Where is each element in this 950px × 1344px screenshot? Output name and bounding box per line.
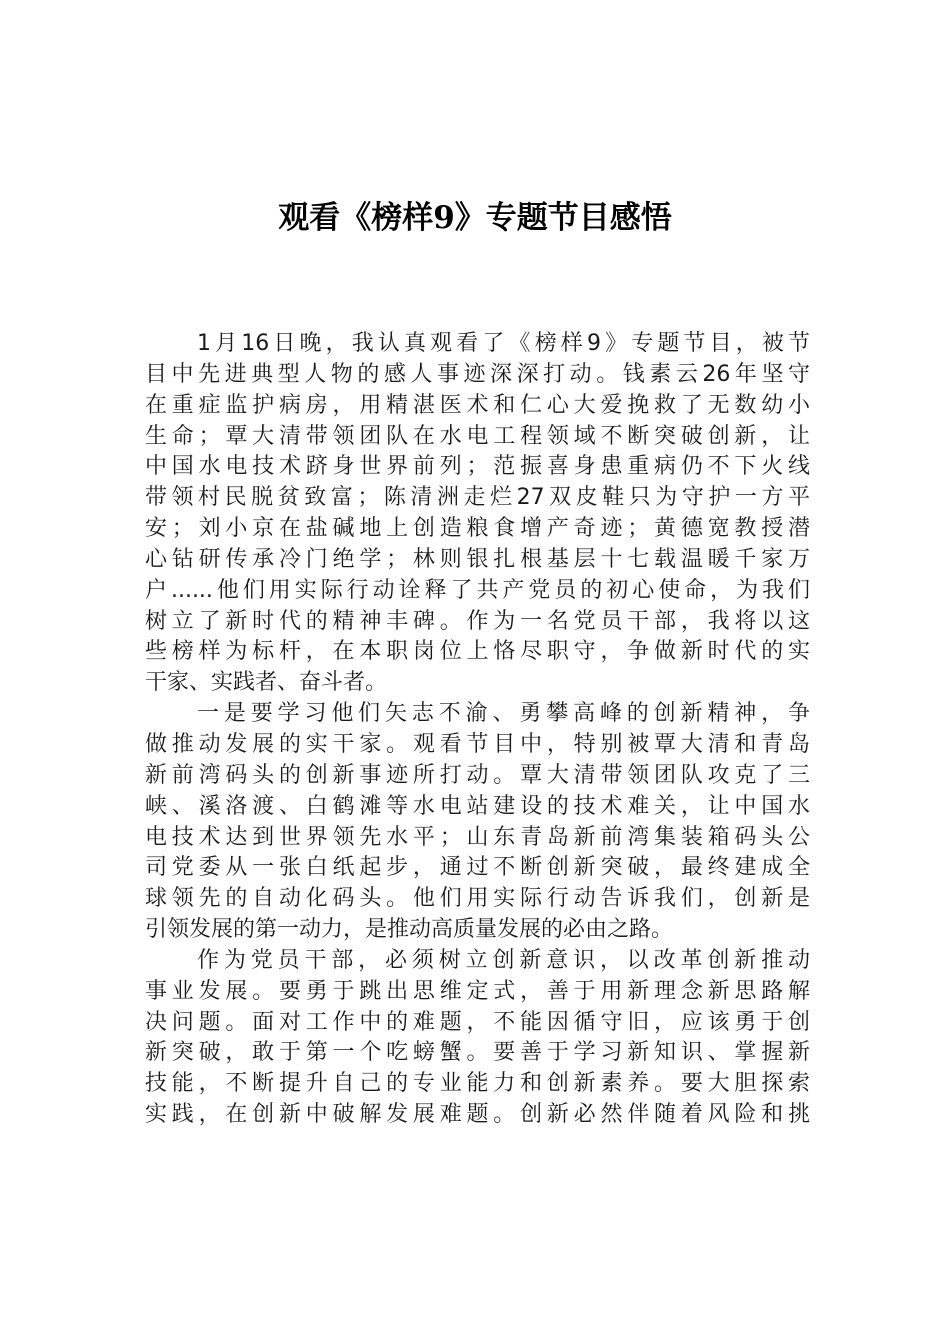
text-line: 作为党员干部，必须树立创新意识，以改革创新推动	[145, 946, 810, 977]
paragraph-3: 作为党员干部，必须树立创新意识，以改革创新推动 事业发展。要勇于跳出思维定式，善…	[145, 946, 810, 1131]
text-line: 新突破，敢于第一个吃螃蟹。要善于学习新知识、掌握新	[145, 1038, 810, 1069]
text-line: 事业发展。要勇于跳出思维定式，善于用新理念新思路解	[145, 977, 810, 1008]
text-line: 树立了新时代的精神丰碑。作为一名党员干部，我将以这	[145, 607, 810, 638]
text-line: 生命；覃大清带领团队在水电工程领域不断突破创新，让	[145, 422, 810, 453]
text-line: 安；刘小京在盐碱地上创造粮食增产奇迹；黄德宽教授潜	[145, 514, 810, 545]
document-body: 1月16日晚，我认真观看了《榜样9》专题节目，被节 目中先进典型人物的感人事迹深…	[145, 329, 810, 1131]
paragraph-1: 1月16日晚，我认真观看了《榜样9》专题节目，被节 目中先进典型人物的感人事迹深…	[145, 329, 810, 699]
text-line: 目中先进典型人物的感人事迹深深打动。钱素云26年坚守	[145, 360, 810, 391]
text-line: 1月16日晚，我认真观看了《榜样9》专题节目，被节	[145, 329, 810, 360]
text-line: 新前湾码头的创新事迹所打动。覃大清带领团队攻克了三	[145, 761, 810, 792]
text-line: 司党委从一张白纸起步，通过不断创新突破，最终建成全	[145, 853, 810, 884]
text-line: 带领村民脱贫致富；陈清洲走烂27双皮鞋只为守护一方平	[145, 483, 810, 514]
text-line: 一是要学习他们矢志不渝、勇攀高峰的创新精神，争	[145, 699, 810, 730]
text-line: 球领先的自动化码头。他们用实际行动告诉我们，创新是	[145, 884, 810, 915]
text-line: 在重症监护病房，用精湛医术和仁心大爱挽救了无数幼小	[145, 391, 810, 422]
text-line: 峡、溪洛渡、白鹤滩等水电站建设的技术难关，让中国水	[145, 792, 810, 823]
text-line: 干家、实践者、奋斗者。	[145, 668, 810, 699]
paragraph-2: 一是要学习他们矢志不渝、勇攀高峰的创新精神，争 做推动发展的实干家。观看节目中，…	[145, 699, 810, 946]
text-line: 心钻研传承冷门绝学；林则银扎根基层十七载温暖千家万	[145, 545, 810, 576]
text-line: 中国水电技术跻身世界前列；范振喜身患重病仍不下火线	[145, 452, 810, 483]
text-line: 些榜样为标杆，在本职岗位上恪尽职守，争做新时代的实	[145, 637, 810, 668]
document-page: 观看《榜样9》专题节目感悟 1月16日晚，我认真观看了《榜样9》专题节目，被节 …	[0, 0, 950, 1344]
text-line: 技能，不断提升自己的专业能力和创新素养。要大胆探索	[145, 1069, 810, 1100]
text-line: 户......他们用实际行动诠释了共产党员的初心使命，为我们	[145, 576, 810, 607]
text-line: 电技术达到世界领先水平；山东青岛新前湾集装箱码头公	[145, 823, 810, 854]
text-line: 实践，在创新中破解发展难题。创新必然伴随着风险和挑	[145, 1100, 810, 1131]
text-line: 引领发展的第一动力，是推动高质量发展的必由之路。	[145, 915, 810, 946]
text-line: 决问题。面对工作中的难题，不能因循守旧，应该勇于创	[145, 1008, 810, 1039]
text-line: 做推动发展的实干家。观看节目中，特别被覃大清和青岛	[145, 730, 810, 761]
document-title: 观看《榜样9》专题节目感悟	[0, 196, 950, 240]
